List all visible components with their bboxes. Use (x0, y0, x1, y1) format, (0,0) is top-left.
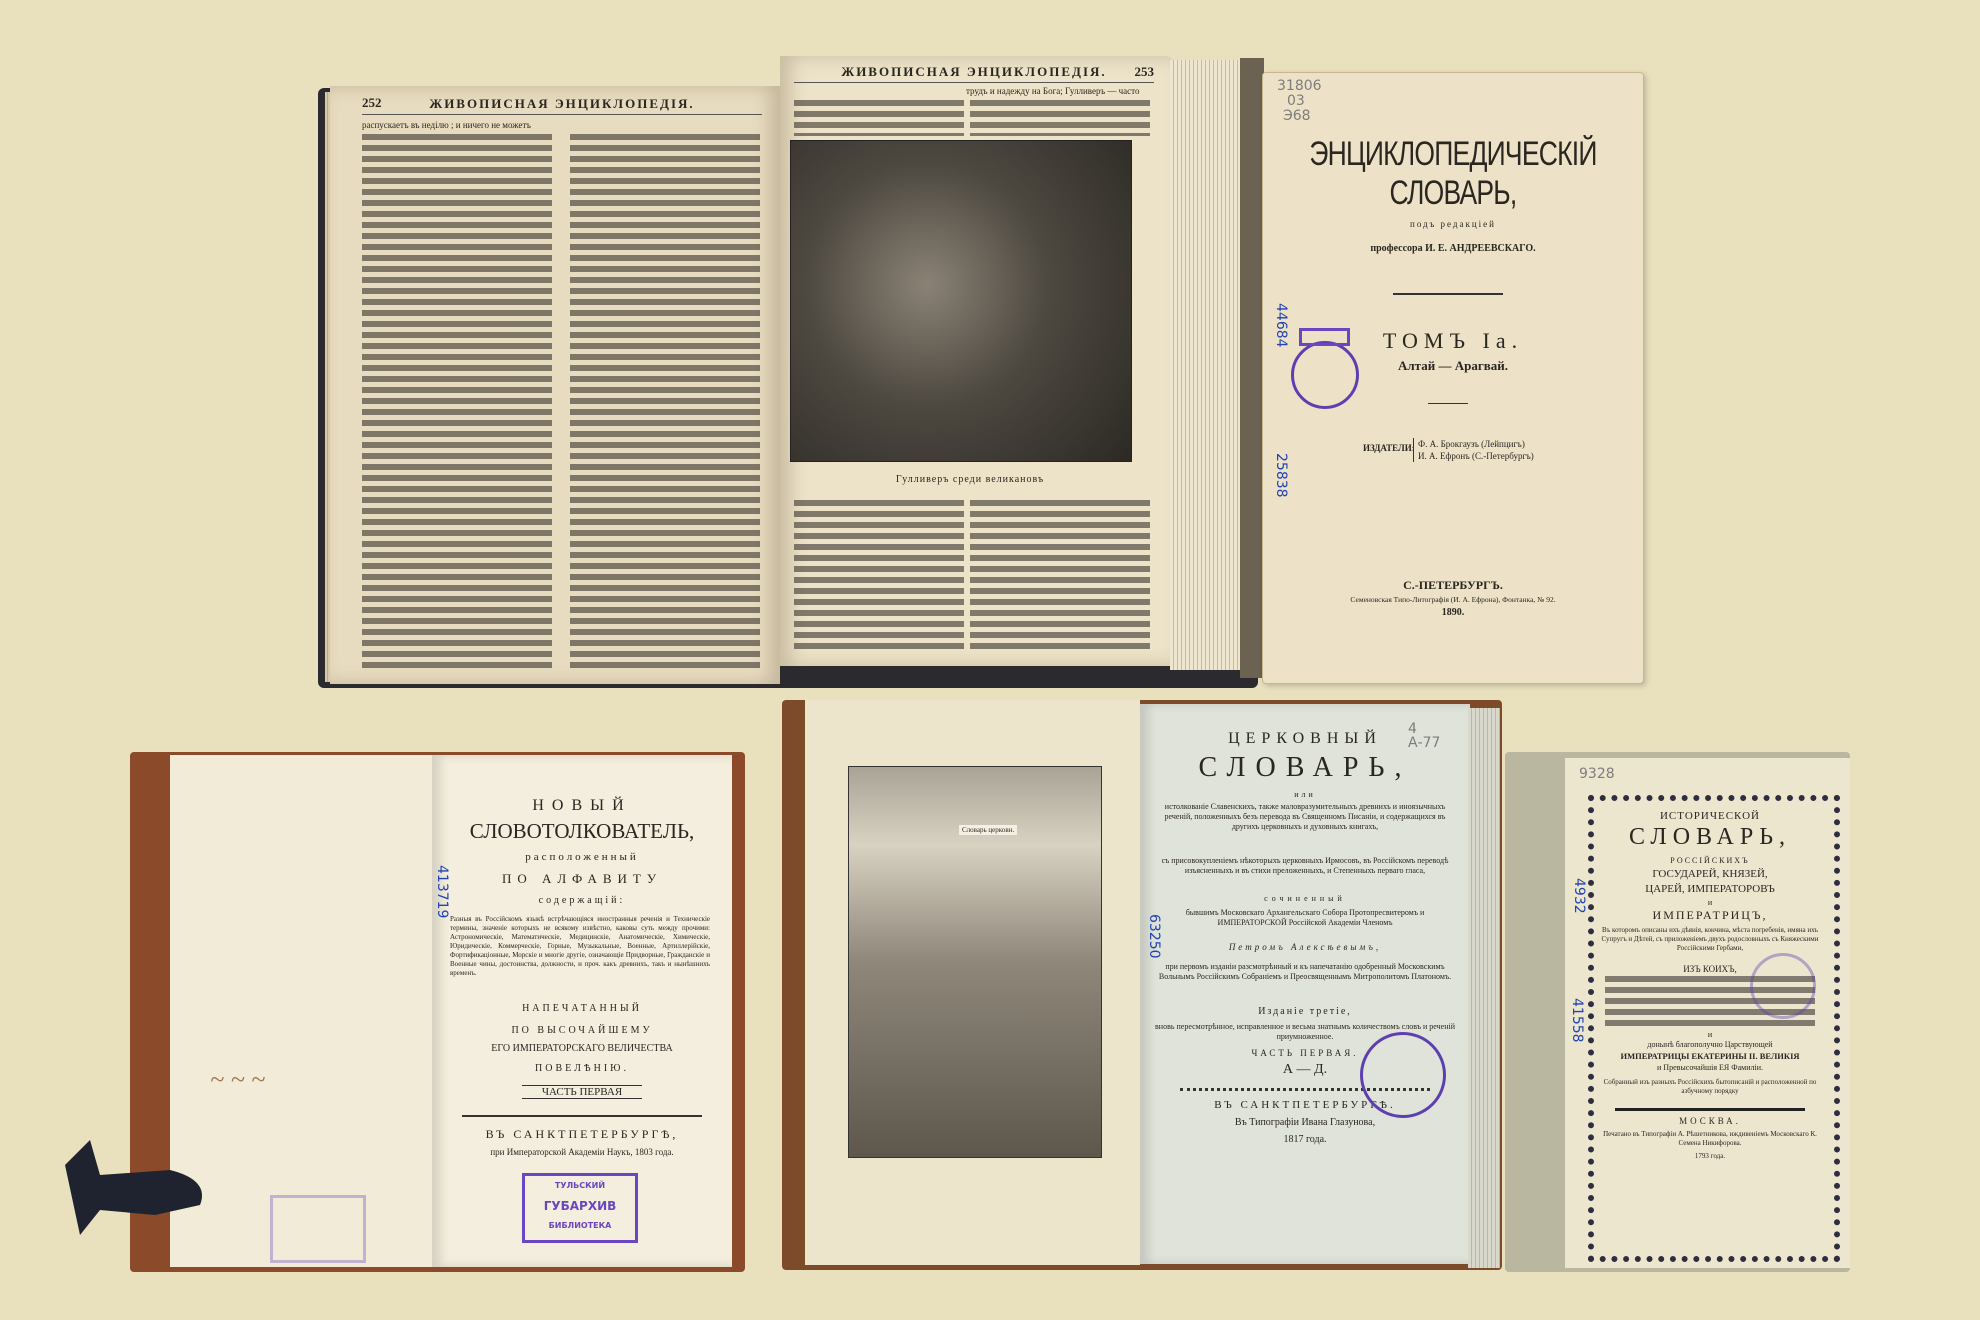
scroll-text: Словарь церковн. (959, 825, 1017, 835)
handwritten-inventory-number: 25838 (1273, 453, 1289, 498)
gulliver-engraving (790, 140, 1132, 462)
title-line2: СЛОВАРЬ, (1140, 752, 1470, 784)
running-head-left: ЖИВОПИСНАЯ ЭНЦИКЛОПЕДІЯ. (362, 96, 762, 115)
publishers: Ф. А. Брокгаузъ (Лейпцигъ) И. А. Ефронъ … (1413, 438, 1534, 462)
ornament-rule (1393, 293, 1503, 295)
book1-page-edges-right (1170, 60, 1240, 670)
publishers-label: ИЗДАТЕЛИ: (1363, 443, 1415, 453)
city: ВЪ САНКТПЕТЕРБУРГѢ, (432, 1127, 732, 1142)
shelfmark-handwritten: 4 А-77 (1408, 722, 1440, 750)
shelfmark-handwritten: 9328 (1579, 766, 1615, 782)
faded-stamp (270, 1195, 366, 1263)
page-number-left: 252 (362, 95, 382, 110)
library-round-stamp (1360, 1032, 1446, 1118)
year: 1890. (1263, 607, 1643, 618)
ink-inscription: ~ ~ ~ (210, 1065, 390, 1125)
or: или (1140, 790, 1470, 799)
book1-title-page: 31806 03 Э68 ЭНЦИКЛОПЕДИЧЕСКІЙ СЛОВАРЬ, … (1262, 72, 1644, 684)
library-round-stamp (1291, 341, 1359, 409)
frontispiece-engraving: Словарь церковн. (848, 766, 1102, 1158)
by-order: ПОВЕЛѢНІЮ. (432, 1063, 732, 1074)
printer: Въ Типографіи Ивана Глазунова, (1140, 1117, 1470, 1128)
book2-title-page: НОВЫЙ СЛОВОТОЛКОВАТЕЛЬ, расположенный ПО… (432, 755, 732, 1267)
book1-title-spine (1240, 58, 1264, 678)
text-column (362, 134, 552, 669)
addition: съ присовокупленіемъ нѣкоторыхъ церковны… (1152, 856, 1458, 876)
approval: при первомъ изданіи разсмотрѣнный и къ н… (1154, 962, 1456, 982)
handwritten-inventory-number: 413719 (434, 865, 450, 918)
book3-page-edges (1468, 708, 1500, 1268)
text-column (970, 100, 1150, 136)
handwritten-inventory-number: 4932 (1571, 878, 1587, 914)
divider (1428, 403, 1468, 404)
hand-clip-icon (60, 1135, 210, 1240)
right-page-first-line: трудъ и надежду на Бога; Гулливеръ — час… (966, 86, 1156, 96)
edition: Изданіе третіе, (1140, 1006, 1470, 1017)
description: Разныя въ Россійскомъ языкѣ встрѣчающіяс… (450, 915, 710, 978)
archive-stamp: ТУЛЬСКИЙ ГУБАРХИВ БИБЛИОТЕКА (522, 1173, 638, 1243)
text-column (970, 500, 1150, 650)
city: С.-ПЕТЕРБУРГЪ. (1263, 578, 1643, 593)
subtitle: содержащій: (432, 895, 732, 906)
subtitle: расположенный (432, 851, 732, 863)
handwritten-inventory-number: 44684 (1273, 303, 1289, 348)
engraving-caption: Гулливеръ среди великановъ (790, 474, 1150, 485)
handwritten-inventory-number: 41558 (1569, 998, 1585, 1043)
library-rect-stamp (1299, 328, 1350, 346)
author-description: бывшимъ Московскаго Архангельскаго Собор… (1160, 908, 1450, 928)
subtitle: ПО АЛФАВИТУ (432, 871, 732, 887)
printed: НАПЕЧАТАННЫЙ (432, 1003, 732, 1014)
author: Петромъ Алексѣевымъ, (1140, 942, 1470, 952)
by-order: ПО ВЫСОЧАЙШЕМУ (432, 1025, 732, 1036)
composed: сочиненный (1140, 894, 1470, 903)
title-line1: НОВЫЙ (432, 797, 732, 815)
left-page-first-line: распускаетъ въ неділю ; и ничего не може… (362, 120, 762, 130)
running-head-right: ЖИВОПИСНАЯ ЭНЦИКЛОПЕДІЯ. (794, 64, 1154, 83)
printer: Семеновская Типо-Литографія (И. А. Ефрон… (1263, 595, 1643, 604)
shelfmark-handwritten: 31806 03 Э68 (1277, 79, 1322, 124)
part: ЧАСТЬ ПЕРВАЯ (522, 1085, 642, 1099)
year: 1817 года. (1140, 1134, 1470, 1145)
ornamental-border (1588, 795, 1840, 1262)
editor: профессора И. Е. АНДРЕЕВСКАГО. (1263, 243, 1643, 254)
title-line2: СЛОВОТОЛКОВАТЕЛЬ, (432, 819, 732, 844)
text-column (570, 134, 760, 669)
text-column (794, 100, 964, 136)
description: истолкованіе Славенскихъ, также маловраз… (1152, 802, 1458, 832)
editorship: подъ редакціей (1263, 219, 1643, 229)
book1-left-page: 252 ЖИВОПИСНАЯ ЭНЦИКЛОПЕДІЯ. распускаетъ… (330, 86, 780, 684)
text-column (794, 500, 964, 650)
title: ЭНЦИКЛОПЕДИЧЕСКІЙ СЛОВАРЬ, (1305, 135, 1601, 213)
ornament-rule (462, 1115, 702, 1117)
page-number-right: 253 (1135, 64, 1155, 80)
book3-title-page: ЦЕРКОВНЫЙ СЛОВАРЬ, или истолкованіе Слав… (1140, 704, 1470, 1264)
imprint: при Императорской Академіи Наукъ, 1803 г… (432, 1147, 732, 1157)
handwritten-inventory-number: 63250 (1146, 914, 1162, 959)
by-order: ЕГО ИМПЕРАТОРСКАГО ВЕЛИЧЕСТВА (432, 1043, 732, 1054)
